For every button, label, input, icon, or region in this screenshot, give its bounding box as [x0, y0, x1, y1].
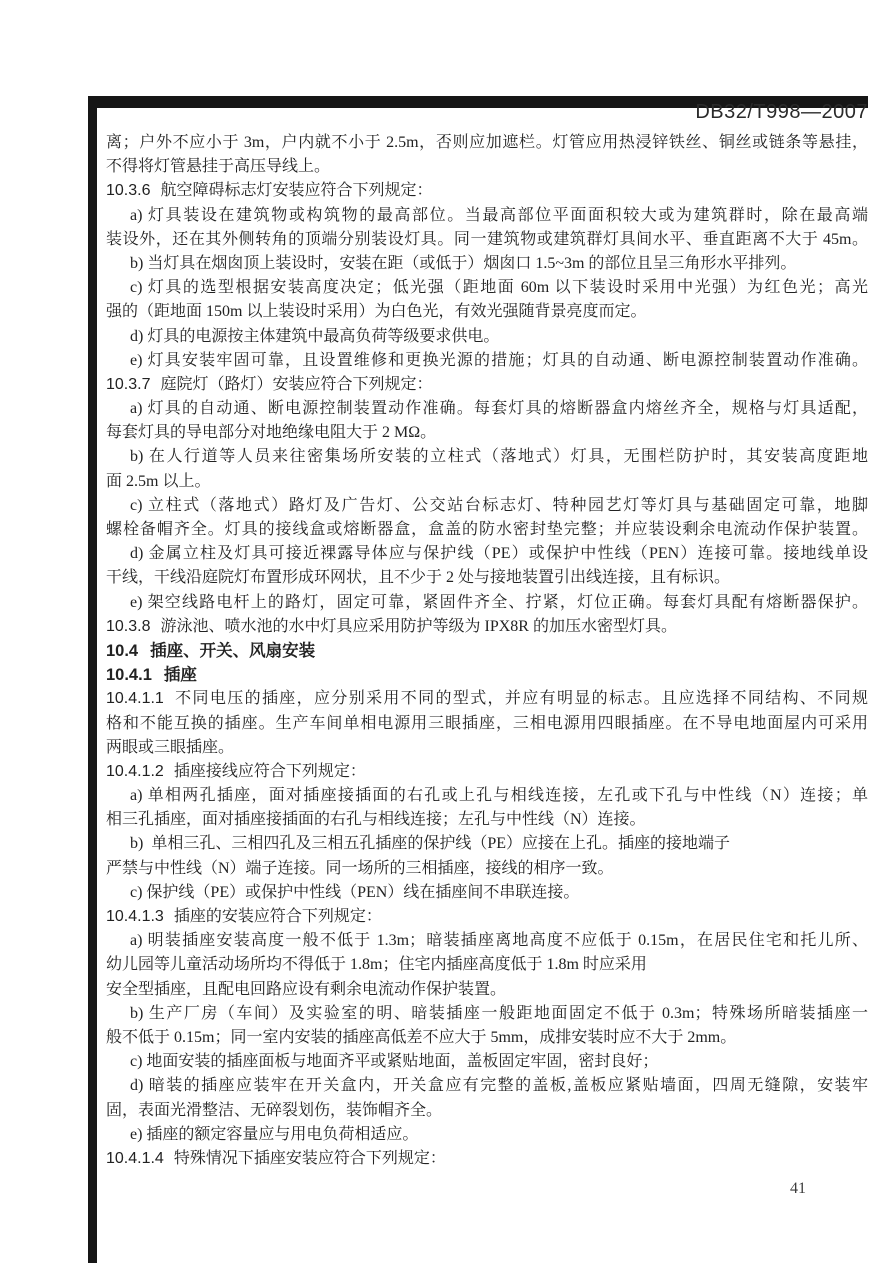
clause-text: 庭院灯（路灯）安装应符合下列规定：	[160, 376, 432, 393]
text-line: 10.4插座、开关、风扇安装	[106, 639, 868, 663]
clause-paragraph: 10.3.8游泳池、喷水池的水中灯具应采用防护等级为 IPX8R 的加压水密型灯…	[106, 615, 868, 639]
document-page: DB32/T998—2007 离；户外不应小于 3m，户内就不小于 2.5m，否…	[0, 0, 892, 1263]
clause-text: 装设外，还在其外侧转角的顶端分别装设灯具。同一建筑物或建筑群灯具间水平、垂直距离…	[106, 231, 868, 248]
text-line: 格和不能互换的插座。生产车间单相电源用三眼插座，三相电源用四眼插座。在不导电地面…	[106, 712, 868, 736]
clause-text: 插座	[164, 666, 197, 684]
text-line: d) 灯具的电源按主体建筑中最高负荷等级要求供电。	[106, 325, 868, 349]
clause-text: 两眼或三眼插座。	[106, 739, 234, 756]
text-line: c) 灯具的选型根据安装高度决定；低光强（距地面 60m 以下装设时采用中光强）…	[106, 276, 868, 300]
text-line: 离；户外不应小于 3m，户内就不小于 2.5m，否则应加遮栏。灯管应用热浸锌铁丝…	[106, 131, 868, 155]
clause-number: 10.4	[106, 642, 138, 660]
clause-text: a) 明装插座安装高度一般不低于 1.3m；暗装插座离地高度不应低于 0.15m…	[130, 932, 868, 949]
text-line: 10.4.1插座	[106, 663, 868, 687]
clause-paragraph: 10.4.1.2插座接线应符合下列规定：	[106, 760, 868, 784]
clause-text: 特殊情况下插座安装应符合下列规定：	[174, 1150, 446, 1167]
text-line: 螺栓备帽齐全。灯具的接线盒或熔断器盒，盒盖的防水密封垫完整；并应装设剩余电流动作…	[106, 518, 868, 542]
text-line: 安全型插座，且配电回路应设有剩余电流动作保护装置。	[106, 978, 868, 1002]
list-item-paragraph: b) 当灯具在烟囱顶上装设时，安装在距（或低于）烟囱口 1.5~3m 的部位且呈…	[106, 252, 868, 276]
clause-text: 面 2.5m 以上。	[106, 473, 210, 490]
text-line: b) 单相三孔、三相四孔及三相五孔插座的保护线（PE）应接在上孔。插座的接地端子	[106, 832, 868, 856]
list-item-paragraph: a) 灯具的自动通、断电源控制装置动作准确。每套灯具的熔断器盒内熔丝齐全，规格与…	[106, 397, 868, 445]
clause-text: 插座接线应符合下列规定：	[174, 763, 366, 780]
text-line: d) 金属立柱及灯具可接近裸露导体应与保护线（PE）或保护中性线（PEN）连接可…	[106, 542, 868, 566]
clause-text: b) 生产厂房（车间）及实验室的明、暗装插座一般距地面固定不低于 0.3m；特殊…	[130, 1005, 868, 1022]
text-line: e) 灯具安装牢固可靠，且设置维修和更换光源的措施；灯具的自动通、断电源控制装置…	[106, 349, 868, 373]
clause-text: 不得将灯管悬挂于高压导线上。	[106, 158, 330, 175]
clause-text: 安全型插座，且配电回路应设有剩余电流动作保护装置。	[106, 981, 506, 998]
clause-text: b) 单相三孔、三相四孔及三相五孔插座的保护线（PE）应接在上孔。插座的接地端子	[130, 835, 730, 852]
clause-text: 螺栓备帽齐全。灯具的接线盒或熔断器盒，盒盖的防水密封垫完整；并应装设剩余电流动作…	[106, 521, 868, 538]
clause-number: 10.4.1.4	[106, 1150, 164, 1167]
clause-number: 10.4.1	[106, 666, 152, 684]
clause-text: 游泳池、喷水池的水中灯具应采用防护等级为 IPX8R 的加压水密型灯具。	[160, 618, 676, 635]
text-line: e) 架空线路电杆上的路灯，固定可靠，紧固件齐全、拧紧，灯位正确。每套灯具配有熔…	[106, 591, 868, 615]
clause-text: 般不低于 0.15m；同一室内安装的插座高低差不应大于 5mm，成排安装时应不大…	[106, 1029, 736, 1046]
clause-text: c) 灯具的选型根据安装高度决定；低光强（距地面 60m 以下装设时采用中光强）…	[130, 279, 868, 296]
list-item-paragraph: d) 金属立柱及灯具可接近裸露导体应与保护线（PE）或保护中性线（PEN）连接可…	[106, 542, 868, 590]
list-item-paragraph: a) 单相两孔插座，面对插座接插面的右孔或上孔与相线连接，左孔或下孔与中性线（N…	[106, 784, 868, 832]
text-line: 装设外，还在其外侧转角的顶端分别装设灯具。同一建筑物或建筑群灯具间水平、垂直距离…	[106, 228, 868, 252]
list-item-paragraph: b) 单相三孔、三相四孔及三相五孔插座的保护线（PE）应接在上孔。插座的接地端子…	[106, 832, 868, 880]
list-item-paragraph: b) 生产厂房（车间）及实验室的明、暗装插座一般距地面固定不低于 0.3m；特殊…	[106, 1002, 868, 1050]
section-heading: 10.4.1插座	[106, 663, 868, 687]
text-line: 10.3.6航空障碍标志灯安装应符合下列规定：	[106, 179, 868, 203]
list-item-paragraph: c) 灯具的选型根据安装高度决定；低光强（距地面 60m 以下装设时采用中光强）…	[106, 276, 868, 324]
text-line: d) 暗装的插座应装牢在开关盒内，开关盒应有完整的盖板,盖板应紧贴墙面，四周无缝…	[106, 1074, 868, 1098]
clause-text: 干线，干线沿庭院灯布置形成环网状，且不少于 2 处与接地装置引出线连接，且有标识…	[106, 569, 730, 586]
text-line: 10.4.1.1不同电压的插座，应分别采用不同的型式，并应有明显的标志。且应选择…	[106, 687, 868, 711]
clause-text: e) 架空线路电杆上的路灯，固定可靠，紧固件齐全、拧紧，灯位正确。每套灯具配有熔…	[130, 594, 868, 611]
clause-text: 严禁与中性线（N）端子连接。同一场所的三相插座，接线的相序一致。	[106, 860, 614, 877]
list-item-paragraph: e) 架空线路电杆上的路灯，固定可靠，紧固件齐全、拧紧，灯位正确。每套灯具配有熔…	[106, 591, 868, 615]
text-line: 两眼或三眼插座。	[106, 736, 868, 760]
text-line: a) 灯具的自动通、断电源控制装置动作准确。每套灯具的熔断器盒内熔丝齐全，规格与…	[106, 397, 868, 421]
list-item-paragraph: e) 插座的额定容量应与用电负荷相适应。	[106, 1123, 868, 1147]
clause-text: 格和不能互换的插座。生产车间单相电源用三眼插座，三相电源用四眼插座。在不导电地面…	[106, 715, 868, 732]
list-item-paragraph: c) 立柱式（落地式）路灯及广告灯、公交站台标志灯、特种园艺灯等灯具与基础固定可…	[106, 494, 868, 542]
document-body: 离；户外不应小于 3m，户内就不小于 2.5m，否则应加遮栏。灯管应用热浸锌铁丝…	[106, 131, 868, 1171]
text-line: c) 保护线（PE）或保护中性线（PEN）线在插座间不串联连接。	[106, 881, 868, 905]
clause-text: d) 暗装的插座应装牢在开关盒内，开关盒应有完整的盖板,盖板应紧贴墙面，四周无缝…	[130, 1077, 868, 1094]
clause-text: 插座、开关、风扇安装	[150, 642, 315, 660]
list-item-paragraph: a) 明装插座安装高度一般不低于 1.3m；暗装插座离地高度不应低于 0.15m…	[106, 929, 868, 1002]
text-line: 10.4.1.2插座接线应符合下列规定：	[106, 760, 868, 784]
text-line: 干线，干线沿庭院灯布置形成环网状，且不少于 2 处与接地装置引出线连接，且有标识…	[106, 566, 868, 590]
clause-paragraph: 10.4.1.4特殊情况下插座安装应符合下列规定：	[106, 1147, 868, 1171]
list-item-paragraph: d) 灯具的电源按主体建筑中最高负荷等级要求供电。	[106, 325, 868, 349]
clause-number: 10.4.1.3	[106, 908, 164, 925]
clause-text: 强的（距地面 150m 以上装设时采用）为白色光，有效光强随背景亮度而定。	[106, 303, 646, 320]
text-line: a) 灯具装设在建筑物或构筑物的最高部位。当最高部位平面面积较大或为建筑群时，除…	[106, 204, 868, 228]
clause-number: 10.3.6	[106, 182, 150, 199]
list-item-paragraph: b) 在人行道等人员来往密集场所安装的立柱式（落地式）灯具，无围栏防护时，其安装…	[106, 445, 868, 493]
list-item-paragraph: c) 地面安装的插座面板与地面齐平或紧贴地面，盖板固定牢固，密封良好；	[106, 1050, 868, 1074]
clause-number: 10.4.1.2	[106, 763, 164, 780]
list-item-paragraph: d) 暗装的插座应装牢在开关盒内，开关盒应有完整的盖板,盖板应紧贴墙面，四周无缝…	[106, 1074, 868, 1122]
clause-text: a) 灯具的自动通、断电源控制装置动作准确。每套灯具的熔断器盒内熔丝齐全，规格与…	[130, 400, 868, 417]
text-line: 相三孔插座，面对插座接插面的右孔与相线连接；左孔与中性线（N）连接。	[106, 808, 868, 832]
text-line: 强的（距地面 150m 以上装设时采用）为白色光，有效光强随背景亮度而定。	[106, 300, 868, 324]
clause-text: a) 灯具装设在建筑物或构筑物的最高部位。当最高部位平面面积较大或为建筑群时，除…	[130, 207, 868, 224]
text-line: c) 立柱式（落地式）路灯及广告灯、公交站台标志灯、特种园艺灯等灯具与基础固定可…	[106, 494, 868, 518]
page-number: 41	[790, 1180, 806, 1198]
clause-text: c) 立柱式（落地式）路灯及广告灯、公交站台标志灯、特种园艺灯等灯具与基础固定可…	[130, 497, 868, 514]
text-line: 般不低于 0.15m；同一室内安装的插座高低差不应大于 5mm，成排安装时应不大…	[106, 1026, 868, 1050]
clause-paragraph: 10.4.1.1不同电压的插座，应分别采用不同的型式，并应有明显的标志。且应选择…	[106, 687, 868, 760]
clause-paragraph: 10.3.6航空障碍标志灯安装应符合下列规定：	[106, 179, 868, 203]
clause-text: 离；户外不应小于 3m，户内就不小于 2.5m，否则应加遮栏。灯管应用热浸锌铁丝…	[106, 134, 868, 151]
clause-text: e) 插座的额定容量应与用电负荷相适应。	[130, 1126, 418, 1143]
clause-text: 每套灯具的导电部分对地绝缘电阻大于 2 MΩ。	[106, 424, 436, 441]
clause-text: c) 保护线（PE）或保护中性线（PEN）线在插座间不串联连接。	[130, 884, 579, 901]
clause-text: c) 地面安装的插座面板与地面齐平或紧贴地面，盖板固定牢固，密封良好；	[130, 1053, 658, 1070]
clause-paragraph: 10.3.7庭院灯（路灯）安装应符合下列规定：	[106, 373, 868, 397]
clause-text: 固，表面光滑整洁、无碎裂划伤，装饰帽齐全。	[106, 1102, 442, 1119]
text-line: 固，表面光滑整洁、无碎裂划伤，装饰帽齐全。	[106, 1099, 868, 1123]
text-line: 幼儿园等儿童活动场所均不得低于 1.8m；住宅内插座高度低于 1.8m 时应采用	[106, 953, 868, 977]
clause-text: a) 单相两孔插座，面对插座接插面的右孔或上孔与相线连接，左孔或下孔与中性线（N…	[130, 787, 868, 804]
text-line: c) 地面安装的插座面板与地面齐平或紧贴地面，盖板固定牢固，密封良好；	[106, 1050, 868, 1074]
text-line: b) 在人行道等人员来往密集场所安装的立柱式（落地式）灯具，无围栏防护时，其安装…	[106, 445, 868, 469]
clause-text: b) 当灯具在烟囱顶上装设时，安装在距（或低于）烟囱口 1.5~3m 的部位且呈…	[130, 255, 796, 272]
text-line: 严禁与中性线（N）端子连接。同一场所的三相插座，接线的相序一致。	[106, 857, 868, 881]
clause-text: 不同电压的插座，应分别采用不同的型式，并应有明显的标志。且应选择不同结构、不同规	[174, 690, 868, 707]
clause-text: 插座的安装应符合下列规定：	[174, 908, 382, 925]
clause-text: d) 灯具的电源按主体建筑中最高负荷等级要求供电。	[130, 328, 499, 345]
text-line: 不得将灯管悬挂于高压导线上。	[106, 155, 868, 179]
text-line: 10.4.1.3插座的安装应符合下列规定：	[106, 905, 868, 929]
text-line: 面 2.5m 以上。	[106, 470, 868, 494]
clause-text: e) 灯具安装牢固可靠，且设置维修和更换光源的措施；灯具的自动通、断电源控制装置…	[130, 352, 868, 369]
section-heading: 10.4插座、开关、风扇安装	[106, 639, 868, 663]
scan-edge-left	[88, 96, 97, 1263]
text-line: a) 单相两孔插座，面对插座接插面的右孔或上孔与相线连接，左孔或下孔与中性线（N…	[106, 784, 868, 808]
text-line: a) 明装插座安装高度一般不低于 1.3m；暗装插座离地高度不应低于 0.15m…	[106, 929, 868, 953]
text-line: 10.4.1.4特殊情况下插座安装应符合下列规定：	[106, 1147, 868, 1171]
clause-paragraph: 10.4.1.3插座的安装应符合下列规定：	[106, 905, 868, 929]
text-line: 10.3.8游泳池、喷水池的水中灯具应采用防护等级为 IPX8R 的加压水密型灯…	[106, 615, 868, 639]
text-line: 每套灯具的导电部分对地绝缘电阻大于 2 MΩ。	[106, 421, 868, 445]
clause-number: 10.3.7	[106, 376, 150, 393]
text-line: e) 插座的额定容量应与用电负荷相适应。	[106, 1123, 868, 1147]
list-item-paragraph: e) 灯具安装牢固可靠，且设置维修和更换光源的措施；灯具的自动通、断电源控制装置…	[106, 349, 868, 373]
text-line: 10.3.7庭院灯（路灯）安装应符合下列规定：	[106, 373, 868, 397]
clause-number: 10.3.8	[106, 618, 150, 635]
clause-text: d) 金属立柱及灯具可接近裸露导体应与保护线（PE）或保护中性线（PEN）连接可…	[130, 545, 868, 562]
list-item-paragraph: c) 保护线（PE）或保护中性线（PEN）线在插座间不串联连接。	[106, 881, 868, 905]
standard-code-header: DB32/T998—2007	[695, 101, 868, 124]
text-line: b) 生产厂房（车间）及实验室的明、暗装插座一般距地面固定不低于 0.3m；特殊…	[106, 1002, 868, 1026]
clause-text: 幼儿园等儿童活动场所均不得低于 1.8m；住宅内插座高度低于 1.8m 时应采用	[106, 956, 647, 973]
list-item-paragraph: a) 灯具装设在建筑物或构筑物的最高部位。当最高部位平面面积较大或为建筑群时，除…	[106, 204, 868, 252]
clause-text: b) 在人行道等人员来往密集场所安装的立柱式（落地式）灯具，无围栏防护时，其安装…	[130, 448, 868, 465]
clause-number: 10.4.1.1	[106, 690, 164, 707]
text-line: b) 当灯具在烟囱顶上装设时，安装在距（或低于）烟囱口 1.5~3m 的部位且呈…	[106, 252, 868, 276]
clause-text: 航空障碍标志灯安装应符合下列规定：	[160, 182, 432, 199]
clause-text: 相三孔插座，面对插座接插面的右孔与相线连接；左孔与中性线（N）连接。	[106, 811, 646, 828]
body-paragraph: 离；户外不应小于 3m，户内就不小于 2.5m，否则应加遮栏。灯管应用热浸锌铁丝…	[106, 131, 868, 179]
